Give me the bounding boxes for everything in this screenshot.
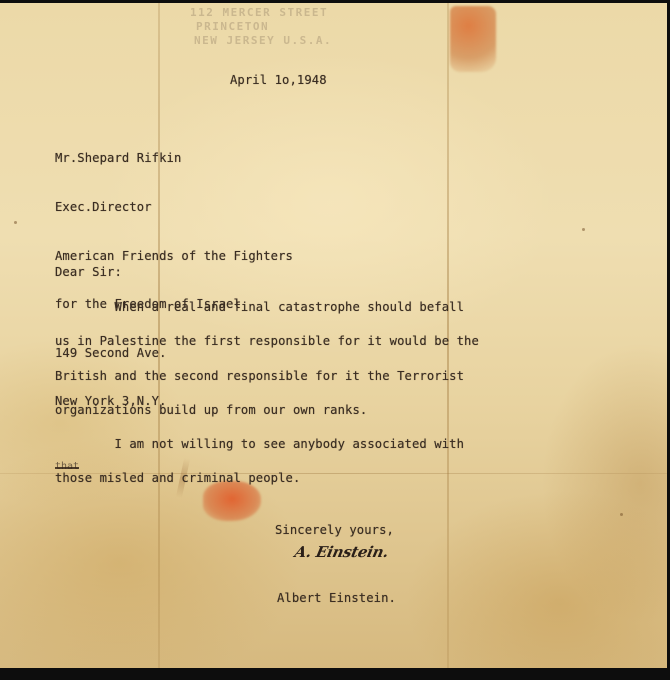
body-line: British and the second responsible for i… <box>55 369 464 383</box>
body-line: I am not willing to see anybody associat… <box>55 437 464 451</box>
letterhead-line-3: NEW JERSEY U.S.A. <box>190 34 332 48</box>
recipient-address: Mr.Shepard Rifkin Exec.Director American… <box>55 118 293 442</box>
photo-frame: 112 MERCER STREET PRINCETON NEW JERSEY U… <box>0 0 670 680</box>
stain-red-blot <box>203 481 261 521</box>
letterhead-line-1: 112 MERCER STREET <box>190 6 332 20</box>
paper-speck <box>14 221 17 224</box>
letter-date: April 1o,1948 <box>230 73 327 87</box>
body-line: When a real and final catastrophe should… <box>55 300 464 314</box>
letter-paper: 112 MERCER STREET PRINCETON NEW JERSEY U… <box>0 3 667 668</box>
body-line: those misled and criminal people. <box>55 471 300 485</box>
body-line: organizations build up from our own rank… <box>55 403 367 417</box>
stain-top-right <box>450 6 496 72</box>
letterhead: 112 MERCER STREET PRINCETON NEW JERSEY U… <box>190 6 332 48</box>
paper-speck <box>582 228 585 231</box>
recipient-name: Mr.Shepard Rifkin <box>55 150 293 166</box>
body-line: us in Palestine the first responsible fo… <box>55 334 479 348</box>
salutation: Dear Sir: <box>55 265 122 279</box>
paper-speck <box>620 513 623 516</box>
handwritten-signature: A. Einstein. <box>293 543 390 561</box>
recipient-title: Exec.Director <box>55 199 293 215</box>
letterhead-line-2: PRINCETON <box>190 20 332 34</box>
closing: Sincerely yours, <box>275 523 394 537</box>
recipient-organization-1: American Friends of the Fighters <box>55 248 293 264</box>
typed-signature-name: Albert Einstein. <box>277 591 396 605</box>
